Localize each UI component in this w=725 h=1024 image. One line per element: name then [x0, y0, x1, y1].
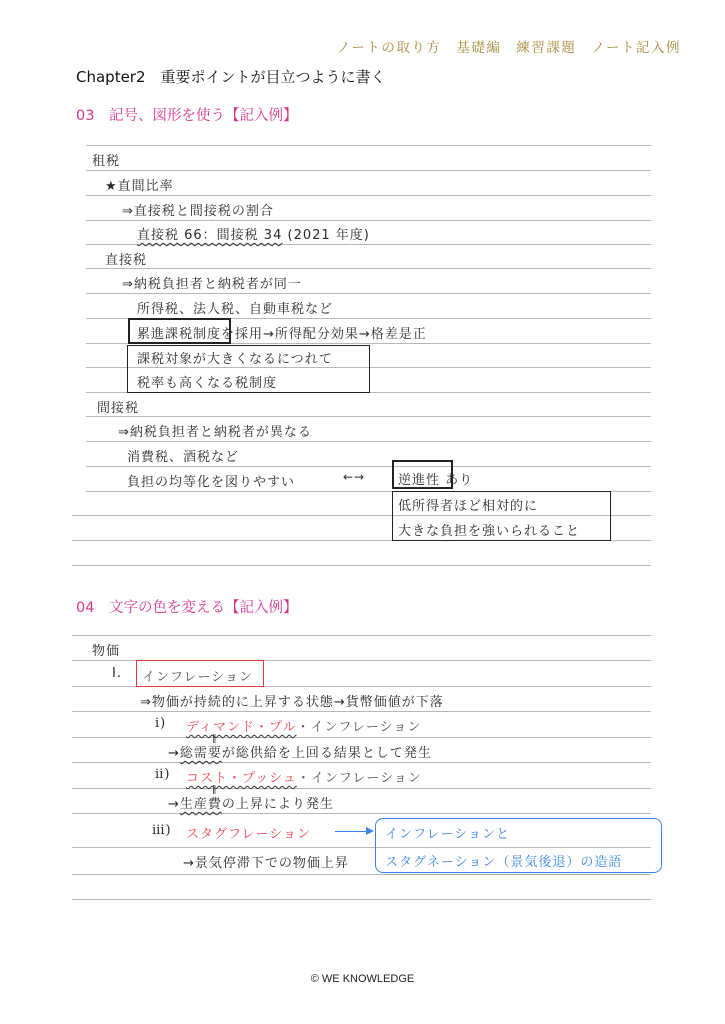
- ratio-values-wavy: 直接税 66：間接税 34: [137, 228, 282, 243]
- note-line-ruishin-def1: 課税対象が大きくなるにつれて: [137, 348, 333, 367]
- note-line-demand-pull: ディマンド・プル・インフレーション: [186, 716, 421, 735]
- note-line-regressive-def2: 大きな負担を強いられること: [398, 520, 580, 539]
- note-line-bukka: 物価: [92, 640, 120, 659]
- stagflation-note-line1: インフレーションと: [385, 823, 510, 842]
- cost-push-red: コスト・プッシュ: [186, 771, 297, 786]
- stagflation-red: スタグフレーション: [186, 823, 311, 842]
- note-line-chokkan-hiritsu: ★直間比率: [105, 175, 174, 194]
- section-title-04: 04 文字の色を変える【記入例】: [76, 596, 297, 617]
- demand-pull-cause-rest: が総供給を上回る結果として発生: [222, 746, 432, 761]
- inflation-number: Ⅰ.: [112, 666, 122, 681]
- note-line-cost-push: コスト・プッシュ・インフレーション: [186, 767, 422, 786]
- note-line-sozei: 租税: [92, 150, 120, 169]
- note-line-demand-pull-cause: →総需要が総供給を上回る結果として発生: [168, 742, 432, 761]
- note-line-cost-push-cause: →生産費の上昇により発生: [168, 793, 334, 812]
- note-line-stagflation-def: →景気停滞下での物価上昇: [183, 852, 349, 871]
- section-title-03: 03 記号、図形を使う【記入例】: [76, 104, 297, 125]
- note-line-chokusetsuzei: 直接税: [105, 249, 147, 268]
- item-i-number: ⅰ): [155, 716, 166, 731]
- note-line-indirect-def: ⇒納税負担者と納税者が異なる: [118, 421, 312, 440]
- demand-pull-rest: ・インフレーション: [296, 720, 421, 735]
- double-arrow-icon: ←→: [343, 470, 365, 484]
- stagflation-note-line2: スタグネーション（景気後退）の造語: [385, 851, 622, 870]
- sou-juyou-wavy: 総需要: [180, 746, 222, 761]
- note-line-inflation-def: ⇒物価が持続的に上昇する状態→貨幣価値が下落: [140, 691, 444, 710]
- inflation-heading: インフレーション: [142, 666, 253, 685]
- note-line-gyakushinsei: 逆進性 あり: [398, 469, 473, 488]
- ruishin-boxed-text: 累進課税制度: [137, 327, 221, 342]
- header-tag: ノートの取り方 基礎編 練習課題 ノート記入例: [337, 36, 681, 56]
- note-line-regressive-def1: 低所得者ほど相対的に: [398, 495, 538, 514]
- demand-pull-red: ディマンド・プル: [186, 720, 296, 735]
- note-line-kansetsuzei: 間接税: [97, 397, 139, 416]
- arrow-icon: →: [168, 797, 180, 812]
- gyakushinsei-rest: あり: [445, 473, 473, 488]
- cost-push-cause-rest: の上昇により発生: [222, 797, 334, 812]
- note-line-ruishin-def2: 税率も高くなる税制度: [137, 372, 277, 391]
- item-ii-number: ⅱ): [155, 767, 170, 782]
- note-line-indirect-examples: 消費税、酒税など: [127, 446, 239, 465]
- note-line-direct-def: ⇒納税負担者と納税者が同一: [122, 273, 302, 292]
- note-line-ruishin: 累進課税制度を採用→所得配分効果→格差是正: [137, 323, 427, 342]
- ratio-year: (2021 年度): [282, 228, 370, 243]
- chapter-title: Chapter2 重要ポイントが目立つように書く: [76, 66, 386, 87]
- note-line-ratio-def: ⇒直接税と間接税の割合: [122, 200, 274, 219]
- item-iii-number: ⅲ): [152, 823, 172, 838]
- seisanhi-wavy: 生産費: [180, 797, 222, 812]
- arrow-icon: →: [168, 746, 180, 761]
- cost-push-rest: ・インフレーション: [297, 771, 422, 786]
- blue-arrow-icon: [335, 831, 372, 832]
- copyright-footer: © WE KNOWLEDGE: [0, 973, 725, 985]
- note-line-ratio-values: 直接税 66：間接税 34 (2021 年度): [137, 224, 370, 243]
- note-line-direct-examples: 所得税、法人税、自動車税など: [137, 298, 333, 317]
- note-line-equalize: 負担の均等化を図りやすい: [127, 471, 295, 490]
- ruishin-rest: を採用→所得配分効果→格差是正: [221, 327, 427, 342]
- gyakushinsei-text: 逆進性: [398, 473, 440, 488]
